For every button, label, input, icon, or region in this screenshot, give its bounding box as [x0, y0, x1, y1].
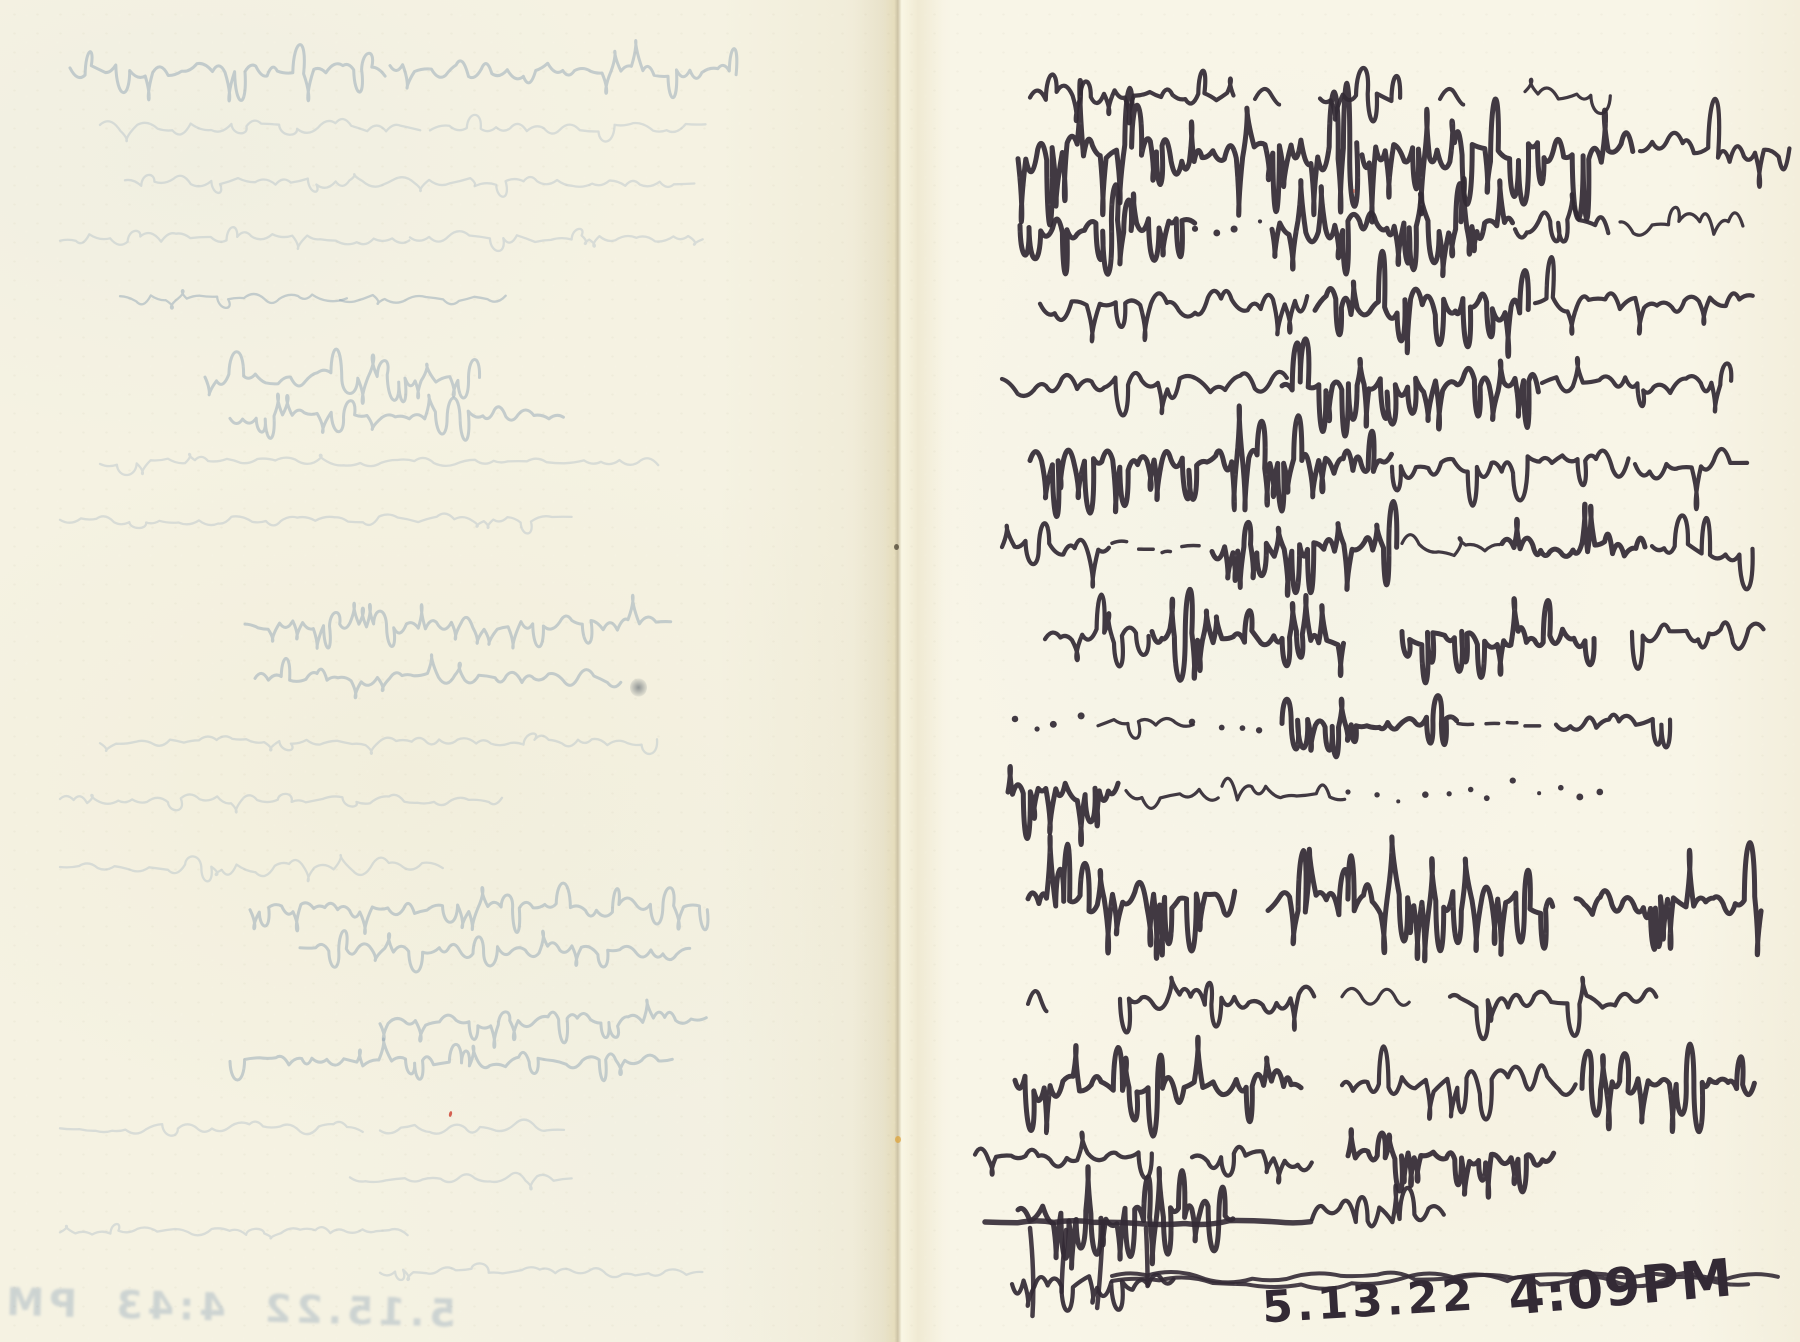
ink-blot-ghost — [630, 678, 647, 697]
left-page — [0, 0, 898, 1342]
right-page — [898, 0, 1800, 1342]
binding-stitch-icon — [895, 1136, 901, 1143]
binding-stitch-icon — [894, 544, 899, 550]
notebook-spread: 5.15.22 4:43 PM 5.13.22 4:09PM — [0, 0, 1800, 1342]
paper-speck — [1353, 189, 1355, 193]
